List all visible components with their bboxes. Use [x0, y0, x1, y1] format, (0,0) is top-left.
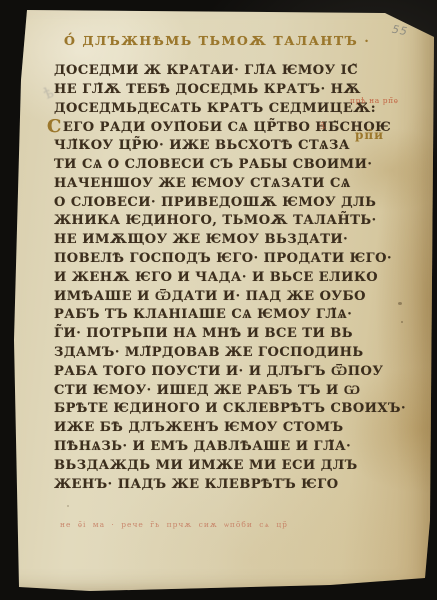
manuscript-line: НЕ ИМѪЩОУ ЖЕ ѤМОУ ВЬЗДАТИ·: [54, 231, 406, 250]
line-text: Г̃И· ПОТРЬПИ НА МНѢ И ВСЕ ТИ ВЬ: [54, 326, 353, 341]
rubric-heading: О́ ДЛЪЖНѢМЬ ТЬМОѪ ТАЛАНТЪ ·: [64, 33, 370, 48]
footer-rubric-note: не ѳ̃і ма · рече г̃ь прчѫ сиѫ ѡпо̃би сѧ …: [60, 520, 288, 529]
manuscript-line: ЗДАМЪ· МЛ̃РДОВАВ ЖЕ ГОСПОДИНЬ: [54, 344, 406, 363]
manuscript-line: ЖЕНЪ· ПАДЪ ЖЕ КЛЕВРѢТЪ ѤГО: [54, 476, 406, 495]
line-text: ПѢНѦЗЬ· И ЕМЪ ДАВЛѢАШЕ И ГЛ̃А·: [54, 439, 351, 454]
manuscript-line: СЕГО РАДИ ОУП̃ОБИ СѦ ЦР̃ТВО НБ̃СНОѤ: [54, 118, 406, 137]
zachalo-mark: з̃: [319, 122, 325, 132]
manuscript-line: ИЖЕ БѢ ДЛЪЖЕНЪ ѤМОУ СТОМЪ: [54, 419, 406, 438]
line-text: И ЖЕНѪ ѤГО И ЧАДА· И ВЬСЕ ЕЛИКО: [54, 270, 378, 285]
text-block: ДОСЕДМИ Ж КРАТАИ· ГЛ̃А ѤМОУ ІС̃НЕ ГЛ̃Ѫ Т…: [54, 62, 406, 494]
line-text: ДОСЕДМИ Ж КРАТАИ· ГЛ̃А ѤМОУ ІС̃: [54, 63, 358, 78]
line-text: НЕ ИМѪЩОУ ЖЕ ѤМОУ ВЬЗДАТИ·: [54, 232, 348, 247]
line-text: ИЖЕ БѢ ДЛЪЖЕНЪ ѤМОУ СТОМЪ: [54, 420, 344, 435]
manuscript-line: ВЬЗДАЖДЬ МИ ИМЖЕ МИ ЕСИ ДЛЪ: [54, 457, 406, 476]
manuscript-line: РАБА ТОГО ПОУСТИ И· И ДЛЪГЪ ѾПОУ: [54, 363, 406, 382]
manuscript-line: ПОВЕЛѢ ГОСПОДЪ ѤГО· ПРОДАТИ ѤГО·: [54, 250, 406, 269]
line-text: ЖНИКА ѤДИНОГО, ТЬМОѪ ТАЛАН̃ТЬ·: [54, 213, 377, 228]
margin-transfer-note: прѣ на рп̃ѳ: [350, 96, 399, 105]
line-text: ИМѢАШЕ И ѾДАТИ И· ПАД ЖЕ ОУБО: [54, 289, 366, 304]
ink-speck: [398, 302, 402, 305]
manuscript-line: СТИ ѤМОУ· ИШЕД ЖЕ РАБЪ ТЪ И Ѡ: [54, 382, 406, 401]
manuscript-line: О СЛОВЕСИ· ПРИВЕДОШѪ ѤМОУ ДЛЬ: [54, 194, 406, 213]
line-text: БРѢТЕ ѤДИНОГО И СКЛЕВРѢТЪ СВОИХЪ·: [54, 401, 406, 416]
manuscript-line: ПѢНѦЗЬ· И ЕМЪ ДАВЛѢАШЕ И ГЛ̃А·: [54, 438, 406, 457]
drop-initial: С: [47, 118, 62, 137]
line-text: ЕГО РАДИ ОУП̃ОБИ СѦ ЦР̃ТВО НБ̃СНОѤ: [63, 120, 391, 135]
manuscript-line: ЖНИКА ѤДИНОГО, ТЬМОѪ ТАЛАН̃ТЬ·: [54, 212, 406, 231]
manuscript-line: БРѢТЕ ѤДИНОГО И СКЛЕВРѢТЪ СВОИХЪ·: [54, 400, 406, 419]
manuscript-line: И ЖЕНѪ ѤГО И ЧАДА· И ВЬСЕ ЕЛИКО: [54, 269, 406, 288]
ink-speck: [67, 505, 69, 507]
manuscript-line: Г̃И· ПОТРЬПИ НА МНѢ И ВСЕ ТИ ВЬ: [54, 325, 406, 344]
manuscript-line: ИМѢАШЕ И ѾДАТИ И· ПАД ЖЕ ОУБО: [54, 288, 406, 307]
line-text: ПОВЕЛѢ ГОСПОДЪ ѤГО· ПРОДАТИ ѤГО·: [54, 251, 392, 266]
line-text: НАЧЕНШОУ ЖЕ ѤМОУ СТѦЗАТИ СѦ: [54, 176, 351, 191]
line-text: ТИ СѦ О СЛОВЕСИ СЪ РАБЫ СВОИМИ·: [54, 157, 372, 172]
manuscript-line: ДОСЕДМИ Ж КРАТАИ· ГЛ̃А ѤМОУ ІС̃: [54, 62, 406, 81]
line-text: ЧЛ̃КОУ ЦР̃Ю· ИЖЕ ВЬСХОТѢ СТѦЗА: [54, 138, 350, 153]
line-text: СТИ ѤМОУ· ИШЕД ЖЕ РАБЪ ТЪ И Ѡ: [54, 383, 361, 398]
manuscript-line: РАБЪ ТЪ КЛАНІАШЕ СѦ ѤМОУ ГЛ̃Ѧ·: [54, 306, 406, 325]
line-text: ВЬЗДАЖДЬ МИ ИМЖЕ МИ ЕСИ ДЛЪ: [54, 458, 358, 473]
manuscript-line: НАЧЕНШОУ ЖЕ ѤМОУ СТѦЗАТИ СѦ: [54, 175, 406, 194]
line-text: О СЛОВЕСИ· ПРИВЕДОШѪ ѤМОУ ДЛЬ: [54, 195, 376, 210]
line-text: ДОСЕДМЬДЕСѦТЬ КРАТЪ СЕДМИЦЕѪ:: [54, 101, 376, 116]
line-text: РАБА ТОГО ПОУСТИ И· И ДЛЪГЪ ѾПОУ: [54, 364, 383, 379]
manuscript-line: ТИ СѦ О СЛОВЕСИ СЪ РАБЫ СВОИМИ·: [54, 156, 406, 175]
line-text: НЕ ГЛ̃Ѫ ТЕБѢ ДОСЕДМЬ КРАТЪ· НѪ: [54, 82, 361, 97]
manuscript-line: ЧЛ̃КОУ ЦР̃Ю· ИЖЕ ВЬСХОТѢ СТѦЗА: [54, 137, 406, 156]
folio-number: 55: [391, 23, 409, 39]
line-text: ЖЕНЪ· ПАДЪ ЖЕ КЛЕВРѢТЪ ѤГО: [54, 477, 339, 492]
line-text: ЗДАМЪ· МЛ̃РДОВАВ ЖЕ ГОСПОДИНЬ: [54, 345, 364, 360]
ink-speck: [401, 321, 403, 323]
margin-section-number: рп̃и: [355, 128, 384, 142]
line-text: РАБЪ ТЪ КЛАНІАШЕ СѦ ѤМОУ ГЛ̃Ѧ·: [54, 307, 352, 322]
manuscript-photo: 55 О́ ДЛЪЖНѢМЬ ТЬМОѪ ТАЛАНТЪ · ДОСЕДМИ Ж…: [0, 0, 437, 600]
parchment-page: 55 О́ ДЛЪЖНѢМЬ ТЬМОѪ ТАЛАНТЪ · ДОСЕДМИ Ж…: [0, 0, 437, 600]
